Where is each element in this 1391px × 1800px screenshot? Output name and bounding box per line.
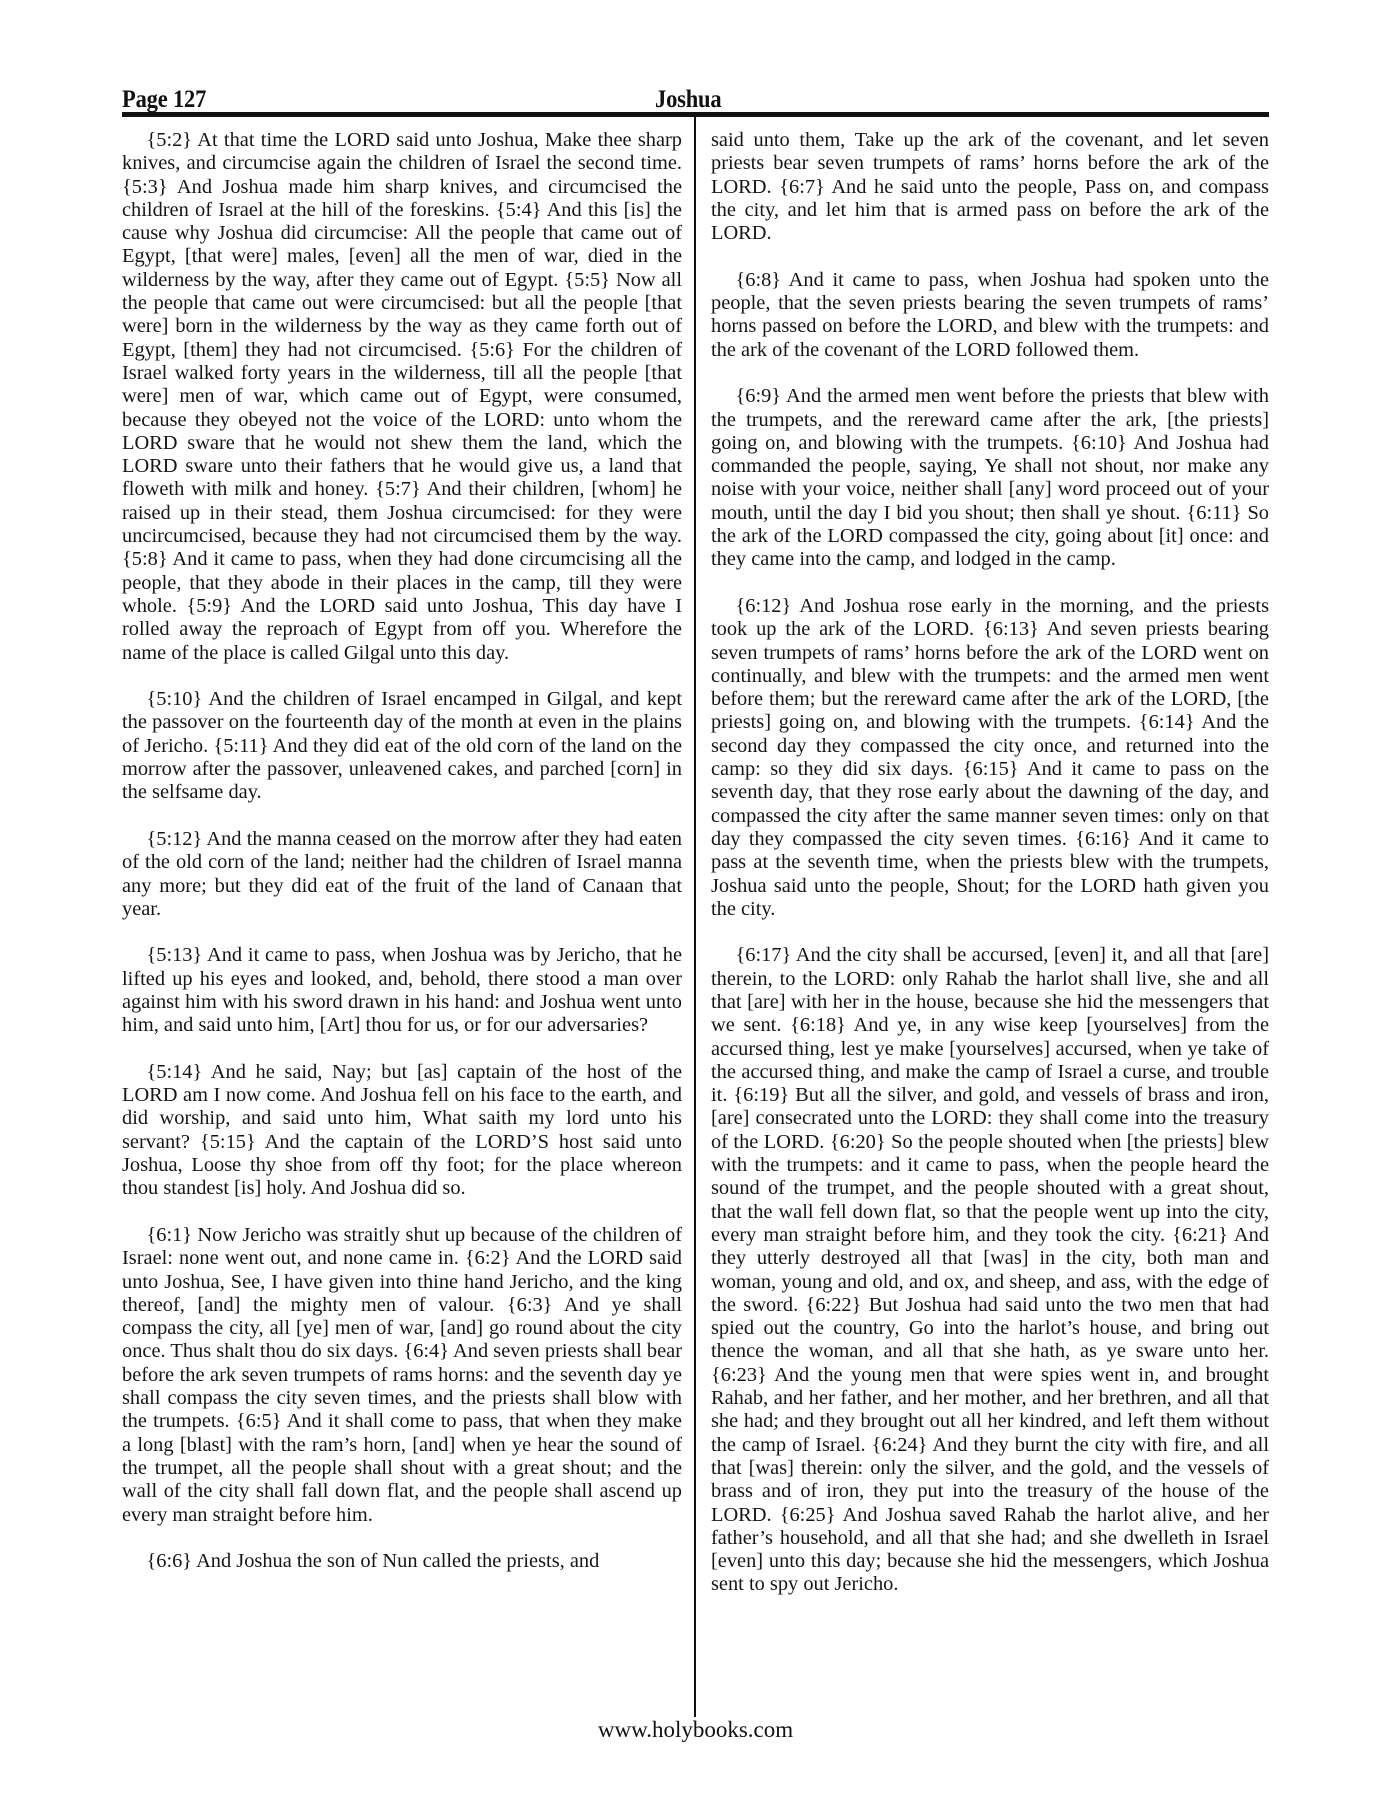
paragraph: {6:17} And the city shall be accursed, […: [711, 944, 1269, 1596]
footer-website-link[interactable]: www.holybooks.com: [0, 1717, 1391, 1743]
paragraph: {5:12} And the manna ceased on the morro…: [122, 828, 682, 921]
paragraph: {5:10} And the children of Israel encamp…: [122, 688, 682, 804]
paragraph: {6:12} And Joshua rose early in the morn…: [711, 595, 1269, 921]
page-number: Page 127: [122, 86, 206, 114]
paragraph: {6:8} And it came to pass, when Joshua h…: [711, 269, 1269, 362]
document-page: Page 127 Joshua {5:2} At that time the L…: [0, 0, 1391, 1800]
book-title: Joshua: [655, 86, 721, 114]
left-column: {5:2} At that time the LORD said unto Jo…: [122, 129, 682, 1573]
paragraph: {5:13} And it came to pass, when Joshua …: [122, 944, 682, 1037]
paragraph-continued: said unto them, Take up the ark of the c…: [711, 129, 1269, 245]
column-divider: [694, 117, 696, 1717]
paragraph: {6:9} And the armed men went before the …: [711, 385, 1269, 571]
paragraph: {5:2} At that time the LORD said unto Jo…: [122, 129, 682, 665]
paragraph: {6:1} Now Jericho was straitly shut up b…: [122, 1224, 682, 1527]
right-column: said unto them, Take up the ark of the c…: [711, 129, 1269, 1597]
paragraph: {6:6} And Joshua the son of Nun called t…: [122, 1550, 682, 1573]
paragraph: {5:14} And he said, Nay; but [as] captai…: [122, 1061, 682, 1201]
